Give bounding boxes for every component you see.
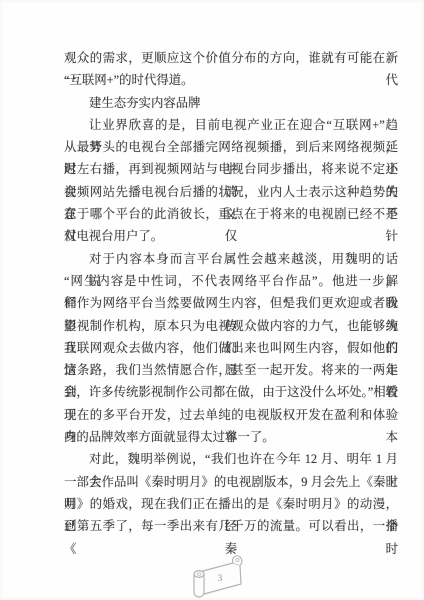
page-number-scroll-ornament: 3 — [186, 553, 248, 599]
text-line: “网生内容是中性词，不代表网络平台作品”。他进一步解释，“我 — [64, 270, 398, 292]
text-line: 一部大作品叫《秦时明月》的电视剧版本，9 月会先上《秦时明 — [64, 471, 398, 493]
text-line: 视频网站先播电视台后播的状况，业内人士表示这种趋势的意义不 — [64, 181, 398, 203]
text-line: 让业界欣喜的是，目前电视产业正在迎合“互联网+”趋势， — [64, 114, 398, 136]
text-line: 互联网观众去做内容，他们做出来也叫网生内容，假如他们情愿走 — [64, 337, 398, 359]
section-heading: 建生态夯实内容品牌 — [64, 92, 398, 114]
text-line: 从最开头的电视台全部播完网络视频播，到后来网络视频延迟半小 — [64, 136, 398, 158]
text-line: 时左右播，再到视频网站与电视台同步播出，将来说不定还会消失 — [64, 158, 398, 180]
page-number: 3 — [218, 573, 223, 583]
text-line: 现在的多平台开发，过去单纯的电视版权开发在盈利和体验内容本 — [64, 404, 398, 426]
document-page: 观众的需求，更顺应这个价值分布的方向，谁就有可能在新一代“互联网+”的时代得道。… — [0, 0, 424, 600]
text-line: 到第五季了，每一季出来有几千万的流量。可以看出，一个《秦时 — [64, 515, 398, 537]
text-line: 对此，魏明举例说，“我们也许在今年 12 月、明年 1 月会上 — [64, 448, 398, 470]
text-line: 对于内容本身而言平台属性会越来越淡，用魏明的话说， — [64, 248, 398, 270]
scroll-banner-icon: 3 — [186, 553, 248, 599]
text-line: 观众的需求，更顺应这个价值分布的方向，谁就有可能在新一代 — [64, 47, 398, 69]
text-line: 在于哪个平台的此消彼长，重点在于将来的电视剧已经不是仅仅针 — [64, 203, 398, 225]
text-line: 这条路，我们当然情愿合作，甚至一起开发。将来的一两年会看 — [64, 359, 398, 381]
text-line: 影视制作机构，原本只为电视观众做内容的力气，也能够为我们的 — [64, 315, 398, 337]
text-line: 们作为网络平台当然要做网生内容，但是我们更欢迎或者盼望传统 — [64, 292, 398, 314]
text-line: 月》的婚戏，现在我们正在播出的是《秦时明月》的动漫，已经播 — [64, 493, 398, 515]
text-line: 到，许多传统影视制作公司都在做，由于这没什么坏处。”相较于 — [64, 381, 398, 403]
document-body: 观众的需求，更顺应这个价值分布的方向，谁就有可能在新一代“互联网+”的时代得道。… — [64, 47, 398, 538]
